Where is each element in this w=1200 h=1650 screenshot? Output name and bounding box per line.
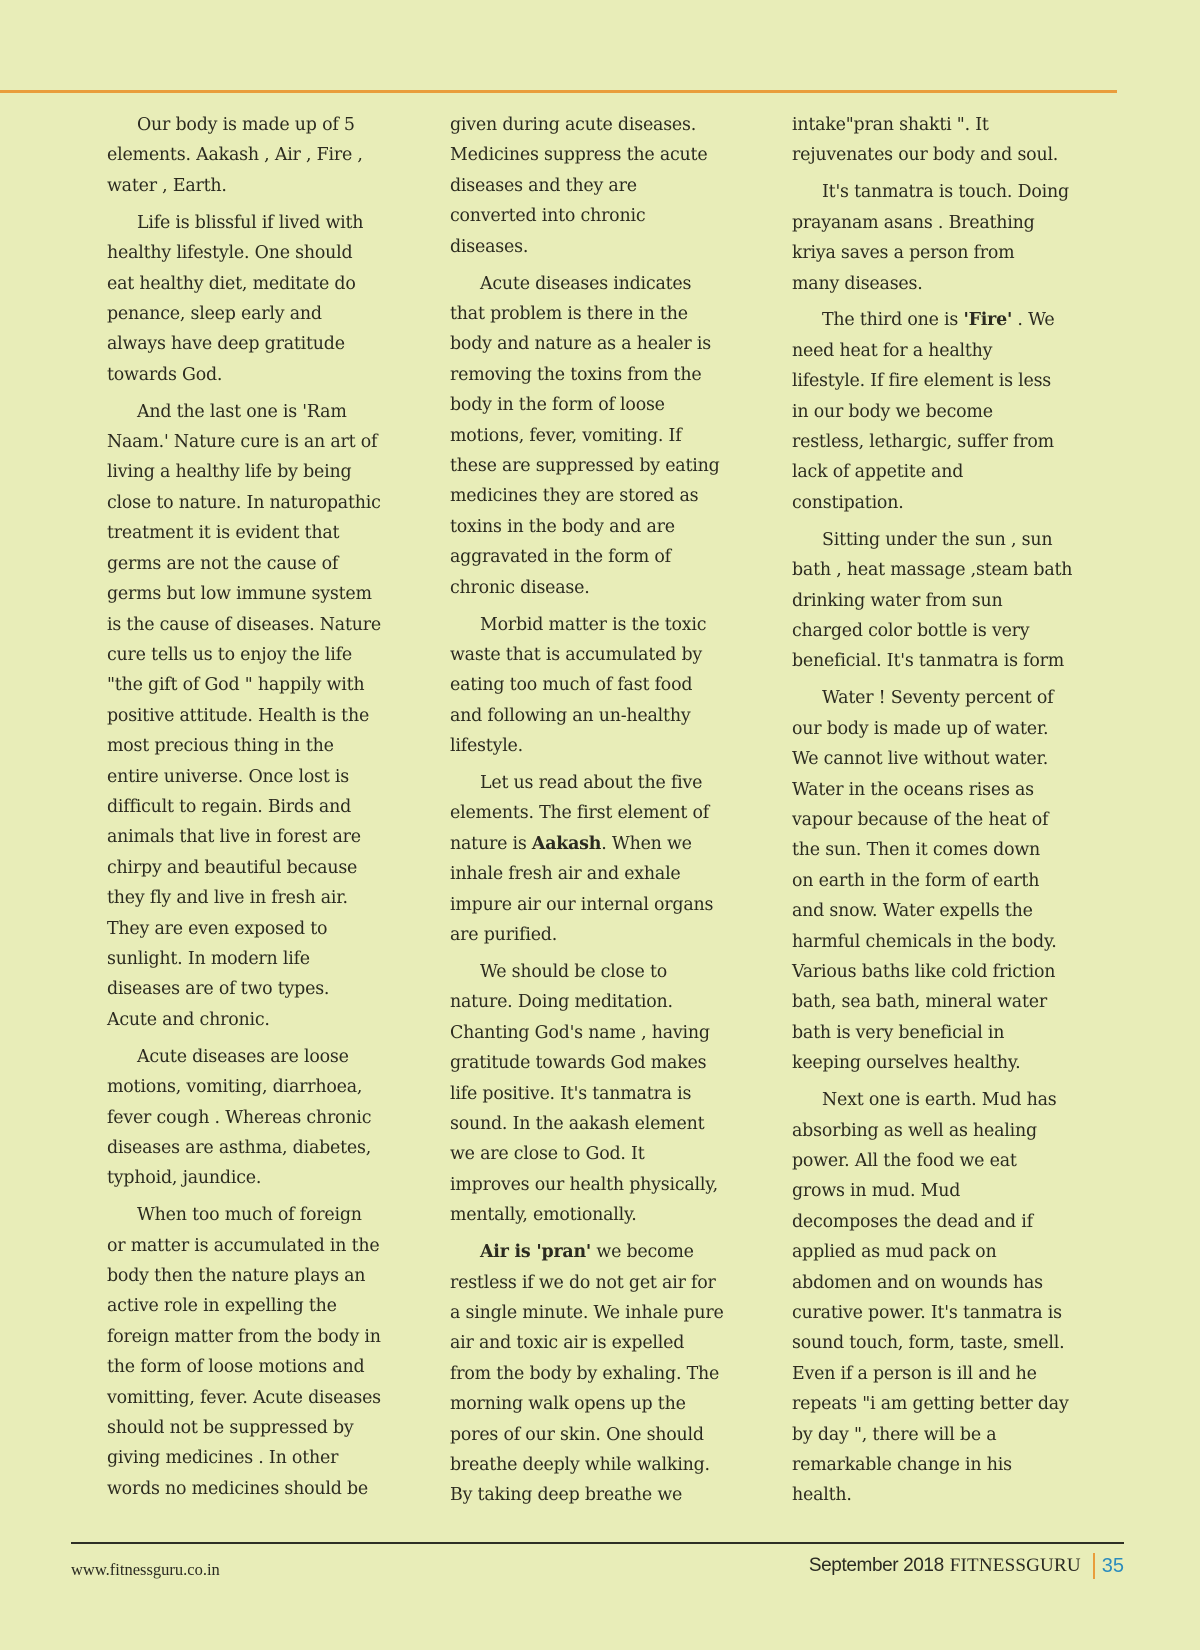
text-line: aggravated in the form of xyxy=(450,542,750,572)
article-paragraph: And the last one is 'RamNaam.' Nature cu… xyxy=(107,397,407,1036)
article-paragraph: intake"pran shakti ". Itrejuvenates our … xyxy=(792,110,1092,171)
text-line: should not be suppressed by xyxy=(107,1413,407,1443)
text-line: Morbid matter is the toxic xyxy=(450,610,750,640)
text-line: close to nature. In naturopathic xyxy=(107,488,407,518)
text-line: sunlight. In modern life xyxy=(107,944,407,974)
text-line: improves our health physically, xyxy=(450,1170,750,1200)
text-line: They are even exposed to xyxy=(107,914,407,944)
text-line: constipation. xyxy=(792,488,1092,518)
text-line: animals that live in forest are xyxy=(107,822,407,852)
text-line: entire universe. Once lost is xyxy=(107,762,407,792)
text-line: The third one is 'Fire' . We xyxy=(792,305,1092,335)
text-line: by day ", there will be a xyxy=(792,1420,1092,1450)
text-line: beneficial. It's tanmatra is form xyxy=(792,646,1092,676)
text-line: cure tells us to enjoy the life xyxy=(107,640,407,670)
article-paragraph: given during acute diseases.Medicines su… xyxy=(450,110,750,262)
article-paragraph: It's tanmatra is touch. Doingprayanam as… xyxy=(792,177,1092,299)
text-line: body then the nature plays an xyxy=(107,1261,407,1291)
text-line: nature. Doing meditation. xyxy=(450,987,750,1017)
text-line: motions, vomiting, diarrhoea, xyxy=(107,1072,407,1102)
text-line: pores of our skin. One should xyxy=(450,1420,750,1450)
text-line: When too much of foreign xyxy=(107,1200,407,1230)
text-line: vapour because of the heat of xyxy=(792,805,1092,835)
text-line: Even if a person is ill and he xyxy=(792,1359,1092,1389)
text-line: body in the form of loose xyxy=(450,390,750,420)
text-line: they fly and live in fresh air. xyxy=(107,883,407,913)
text-line: difficult to regain. Birds and xyxy=(107,792,407,822)
text-line: health. xyxy=(792,1480,1092,1510)
issue-date: September 2018 xyxy=(809,1555,944,1577)
text-line: diseases are of two types. xyxy=(107,974,407,1004)
text-line: inhale fresh air and exhale xyxy=(450,859,750,889)
article-paragraph: Life is blissful if lived withhealthy li… xyxy=(107,208,407,390)
text-line: in our body we become xyxy=(792,397,1092,427)
text-line: we are close to God. It xyxy=(450,1139,750,1169)
text-line: intake"pran shakti ". It xyxy=(792,110,1092,140)
text-line: Air is 'pran' we become xyxy=(450,1237,750,1267)
text-line: positive attitude. Health is the xyxy=(107,701,407,731)
text-line: bath , heat massage ,steam bath xyxy=(792,555,1092,585)
article-paragraph: Morbid matter is the toxicwaste that is … xyxy=(450,610,750,762)
text-line: penance, sleep early and xyxy=(107,299,407,329)
text-line: and following an un-healthy xyxy=(450,701,750,731)
text-line: prayanam asans . Breathing xyxy=(792,208,1092,238)
text-line: from the body by exhaling. The xyxy=(450,1359,750,1389)
text-line: Acute and chronic. xyxy=(107,1005,407,1035)
text-line: toxins in the body and are xyxy=(450,512,750,542)
text-line: lifestyle. xyxy=(450,731,750,761)
text-line: sound. In the aakash element xyxy=(450,1109,750,1139)
text-line: impure air our internal organs xyxy=(450,890,750,920)
text-line: breathe deeply while walking. xyxy=(450,1450,750,1480)
text-line: Various baths like cold friction xyxy=(792,957,1092,987)
text-line: repeats "i am getting better day xyxy=(792,1389,1092,1419)
text-line: elements. Aakash , Air , Fire , xyxy=(107,140,407,170)
text-line: many diseases. xyxy=(792,269,1092,299)
text-line: germs but low immune system xyxy=(107,579,407,609)
text-line: Life is blissful if lived with xyxy=(107,208,407,238)
text-line: body and nature as a healer is xyxy=(450,329,750,359)
text-line: We cannot live without water. xyxy=(792,744,1092,774)
text-line: air and toxic air is expelled xyxy=(450,1328,750,1358)
article-paragraph: Sitting under the sun , sunbath , heat m… xyxy=(792,525,1092,677)
text-line: keeping ourselves healthy. xyxy=(792,1048,1092,1078)
text-line: water , Earth. xyxy=(107,171,407,201)
text-line: nature is Aakash. When we xyxy=(450,829,750,859)
magazine-name: FITNESSGURU xyxy=(950,1555,1081,1577)
text-line: the form of loose motions and xyxy=(107,1352,407,1382)
text-line: converted into chronic xyxy=(450,201,750,231)
text-line: Let us read about the five xyxy=(450,768,750,798)
article-paragraph: Next one is earth. Mud hasabsorbing as w… xyxy=(792,1085,1092,1511)
text-line: eat healthy diet, meditate do xyxy=(107,269,407,299)
text-line: foreign matter from the body in xyxy=(107,1322,407,1352)
text-line: gratitude towards God makes xyxy=(450,1048,750,1078)
text-line: motions, fever, vomiting. If xyxy=(450,421,750,451)
text-line: towards God. xyxy=(107,360,407,390)
bold-keyword: Air is 'pran' xyxy=(480,1242,591,1262)
footer-folio: September 2018 FITNESSGURU 35 xyxy=(809,1553,1124,1579)
footer-rule xyxy=(71,1542,1124,1544)
text-line: "the gift of God " happily with xyxy=(107,670,407,700)
text-line: our body is made up of water. xyxy=(792,714,1092,744)
article-column-3: intake"pran shakti ". Itrejuvenates our … xyxy=(792,110,1092,1517)
text-line: rejuvenates our body and soul. xyxy=(792,140,1092,170)
text-line: harmful chemicals in the body. xyxy=(792,927,1092,957)
text-line: on earth in the form of earth xyxy=(792,866,1092,896)
text-line: given during acute diseases. xyxy=(450,110,750,140)
text-line: medicines they are stored as xyxy=(450,481,750,511)
article-paragraph: The third one is 'Fire' . Weneed heat fo… xyxy=(792,305,1092,518)
text-line: sound touch, form, taste, smell. xyxy=(792,1328,1092,1358)
text-line: kriya saves a person from xyxy=(792,238,1092,268)
text-line: Acute diseases are loose xyxy=(107,1042,407,1072)
article-column-1: Our body is made up of 5elements. Aakash… xyxy=(107,110,407,1511)
text-line: lack of appetite and xyxy=(792,457,1092,487)
text-line: giving medicines . In other xyxy=(107,1443,407,1473)
text-line: most precious thing in the xyxy=(107,731,407,761)
page-number: 35 xyxy=(1102,1555,1124,1578)
text-line: lifestyle. If fire element is less xyxy=(792,366,1092,396)
article-column-2: given during acute diseases.Medicines su… xyxy=(450,110,750,1517)
article-paragraph: Acute diseases indicatesthat problem is … xyxy=(450,269,750,603)
text-line: and snow. Water expells the xyxy=(792,896,1092,926)
text-line: treatment it is evident that xyxy=(107,518,407,548)
text-line: curative power. It's tanmatra is xyxy=(792,1298,1092,1328)
text-line: always have deep gratitude xyxy=(107,329,407,359)
text-line: Sitting under the sun , sun xyxy=(792,525,1092,555)
article-paragraph: We should be close tonature. Doing medit… xyxy=(450,957,750,1231)
text-line: Our body is made up of 5 xyxy=(107,110,407,140)
text-line: abdomen and on wounds has xyxy=(792,1268,1092,1298)
text-line: active role in expelling the xyxy=(107,1291,407,1321)
text-line: a single minute. We inhale pure xyxy=(450,1298,750,1328)
text-line: decomposes the dead and if xyxy=(792,1207,1092,1237)
footer-website-link[interactable]: www.fitnessguru.co.in xyxy=(71,1560,220,1580)
text-line: germs are not the cause of xyxy=(107,549,407,579)
text-line: are purified. xyxy=(450,920,750,950)
text-line: bath, sea bath, mineral water xyxy=(792,987,1092,1017)
text-line: eating too much of fast food xyxy=(450,670,750,700)
text-line: fever cough . Whereas chronic xyxy=(107,1103,407,1133)
text-line: living a healthy life by being xyxy=(107,457,407,487)
text-line: Chanting God's name , having xyxy=(450,1018,750,1048)
text-line: restless, lethargic, suffer from xyxy=(792,427,1092,457)
text-line: waste that is accumulated by xyxy=(450,640,750,670)
text-line: drinking water from sun xyxy=(792,586,1092,616)
text-line: Acute diseases indicates xyxy=(450,269,750,299)
text-line: diseases. xyxy=(450,232,750,262)
article-paragraph: Acute diseases are loosemotions, vomitin… xyxy=(107,1042,407,1194)
text-line: need heat for a healthy xyxy=(792,336,1092,366)
top-accent-rule xyxy=(0,90,1117,93)
text-line: power. All the food we eat xyxy=(792,1146,1092,1176)
text-line: Medicines suppress the acute xyxy=(450,140,750,170)
text-line: typhoid, jaundice. xyxy=(107,1163,407,1193)
text-line: It's tanmatra is touch. Doing xyxy=(792,177,1092,207)
text-line: these are suppressed by eating xyxy=(450,451,750,481)
text-line: chronic disease. xyxy=(450,573,750,603)
text-line: healthy lifestyle. One should xyxy=(107,238,407,268)
text-line: diseases are asthma, diabetes, xyxy=(107,1133,407,1163)
text-line: that problem is there in the xyxy=(450,299,750,329)
text-line: absorbing as well as healing xyxy=(792,1116,1092,1146)
text-line: diseases and they are xyxy=(450,171,750,201)
text-line: charged color bottle is very xyxy=(792,616,1092,646)
text-line: removing the toxins from the xyxy=(450,360,750,390)
text-line: bath is very beneficial in xyxy=(792,1018,1092,1048)
text-line: or matter is accumulated in the xyxy=(107,1231,407,1261)
text-line: By taking deep breathe we xyxy=(450,1480,750,1510)
text-line: mentally, emotionally. xyxy=(450,1200,750,1230)
text-line: Naam.' Nature cure is an art of xyxy=(107,427,407,457)
text-line: the sun. Then it comes down xyxy=(792,835,1092,865)
text-line: And the last one is 'Ram xyxy=(107,397,407,427)
article-paragraph: Air is 'pran' we becomerestless if we do… xyxy=(450,1237,750,1511)
text-line: applied as mud pack on xyxy=(792,1237,1092,1267)
text-line: chirpy and beautiful because xyxy=(107,853,407,883)
text-line: words no medicines should be xyxy=(107,1474,407,1504)
text-line: Water ! Seventy percent of xyxy=(792,683,1092,713)
text-line: We should be close to xyxy=(450,957,750,987)
text-line: remarkable change in his xyxy=(792,1450,1092,1480)
text-line: life positive. It's tanmatra is xyxy=(450,1079,750,1109)
text-line: elements. The first element of xyxy=(450,798,750,828)
article-paragraph: Let us read about the fiveelements. The … xyxy=(450,768,750,950)
bold-keyword: Aakash xyxy=(532,834,601,854)
text-line: grows in mud. Mud xyxy=(792,1176,1092,1206)
bold-keyword: 'Fire' xyxy=(963,310,1012,330)
text-line: morning walk opens up the xyxy=(450,1389,750,1419)
text-line: restless if we do not get air for xyxy=(450,1268,750,1298)
text-line: Next one is earth. Mud has xyxy=(792,1085,1092,1115)
folio-separator xyxy=(1093,1553,1095,1579)
article-paragraph: When too much of foreignor matter is acc… xyxy=(107,1200,407,1504)
article-paragraph: Our body is made up of 5elements. Aakash… xyxy=(107,110,407,201)
article-paragraph: Water ! Seventy percent ofour body is ma… xyxy=(792,683,1092,1078)
text-line: is the cause of diseases. Nature xyxy=(107,610,407,640)
text-line: Water in the oceans rises as xyxy=(792,775,1092,805)
text-line: vomitting, fever. Acute diseases xyxy=(107,1383,407,1413)
